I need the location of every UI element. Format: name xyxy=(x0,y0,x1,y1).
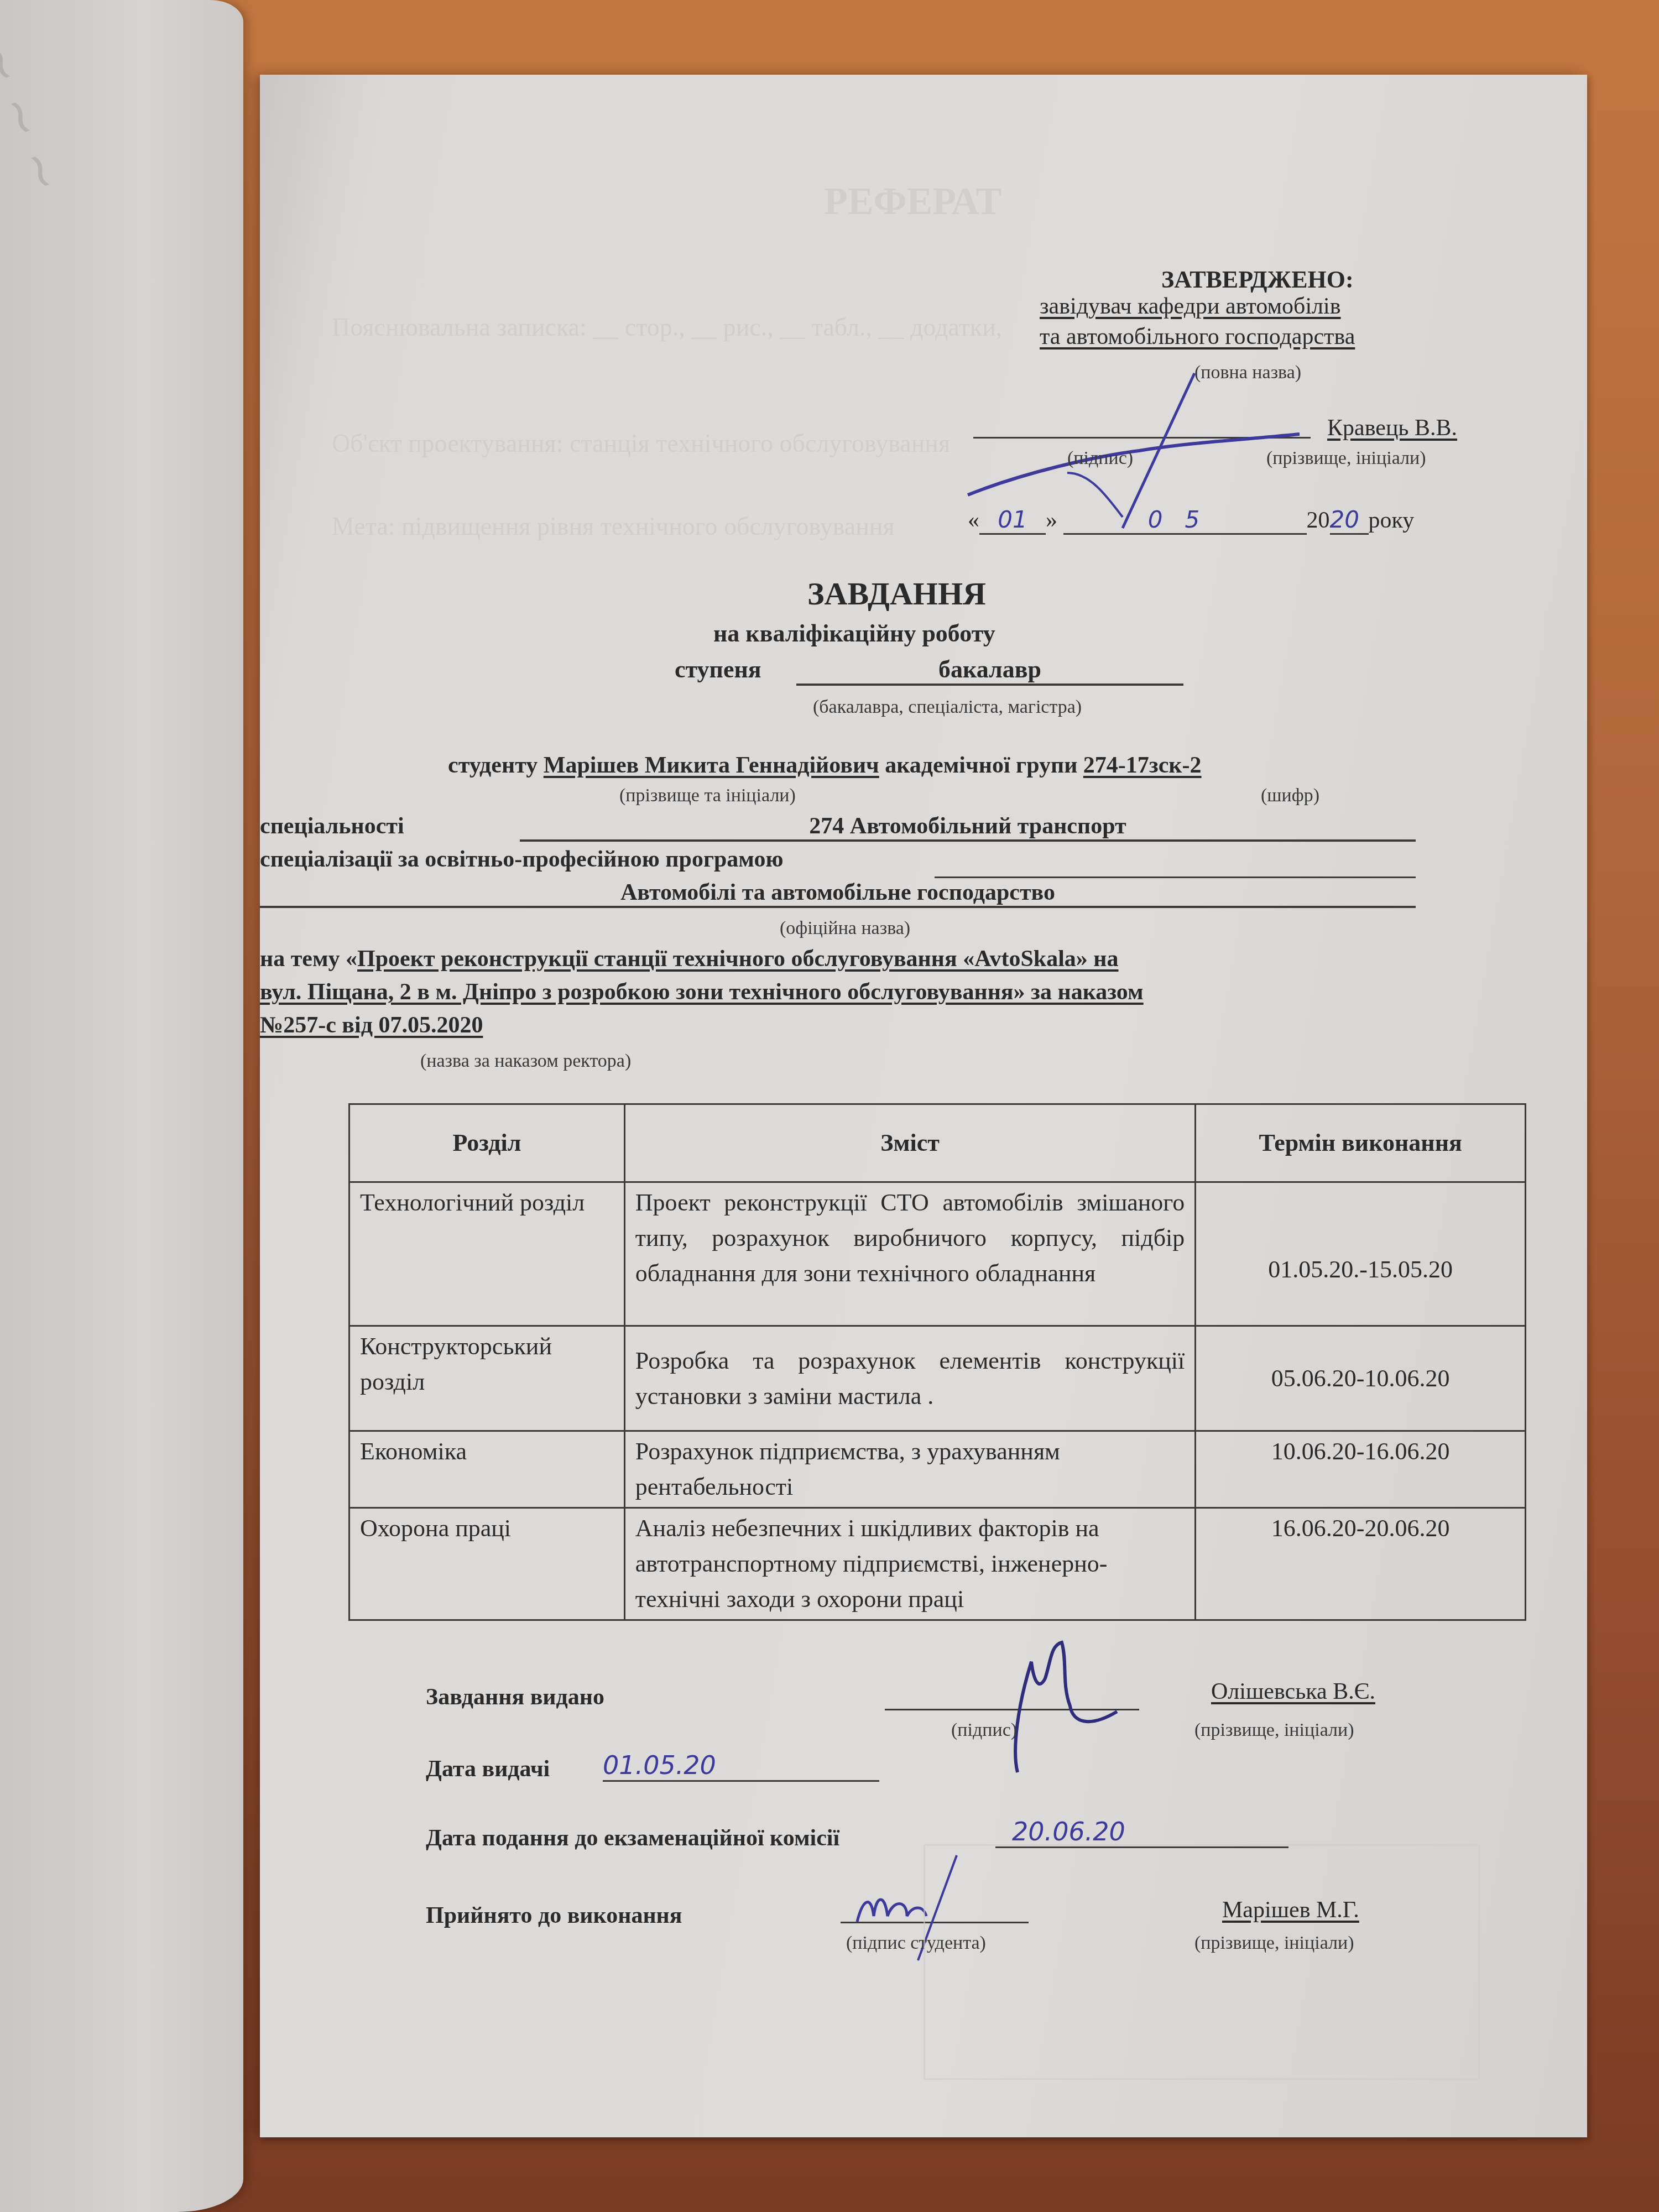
show-through-text: Пояснювальна записка: __ стор., __ рис.,… xyxy=(332,312,1002,342)
show-through-text: Мета: підвищення рівня технічного обслуг… xyxy=(332,512,895,541)
program-caption: (офіційна назва) xyxy=(780,918,910,939)
approval-date-year-suffix: 20 xyxy=(1330,506,1369,535)
approval-date-month: 05 xyxy=(1063,506,1307,535)
issued-signature-caption: (підпис) xyxy=(951,1720,1017,1741)
date-open-quote: « xyxy=(968,508,979,533)
show-through-stamp-frame xyxy=(924,1844,1480,2080)
program-value: Автомобілі та автомобільне господарство xyxy=(260,879,1416,908)
work-plan-table: Розділ Зміст Термін виконання Технологіч… xyxy=(348,1103,1526,1621)
document-subtitle: на кваліфікаційну роботу xyxy=(713,619,995,648)
issue-date-value: 01.05.20 xyxy=(603,1750,879,1782)
topic-line1: на тему «Проект реконструкції станції те… xyxy=(260,946,1119,972)
approval-date-year-word: року xyxy=(1369,508,1415,533)
document-page: РЕФЕРАТ Пояснювальна записка: __ стор., … xyxy=(260,75,1587,2137)
degree-caption: (бакалавра, спеціаліста, магістра) xyxy=(813,697,1082,718)
approval-date: «01» 052020року xyxy=(968,506,1414,535)
specialization-line xyxy=(935,877,1416,878)
student-name-caption: (прізвище та ініціали) xyxy=(619,785,796,806)
student-label: студенту xyxy=(448,753,538,778)
row-section: Конструкторський розділ xyxy=(349,1326,625,1431)
issued-label: Завдання видано xyxy=(426,1684,604,1710)
specialty-label: спеціальності xyxy=(260,813,404,839)
table-row: Конструкторський розділ Розробка та розр… xyxy=(349,1326,1526,1431)
issued-name-caption: (прізвище, ініціали) xyxy=(1194,1720,1354,1741)
table-row: Охорона праці Аналіз небезпечних і шкідл… xyxy=(349,1508,1526,1620)
student-line: студенту Марішев Микита Геннадійович ака… xyxy=(448,752,1202,779)
pencil-scribble: ~ ~ ~ xyxy=(0,33,79,288)
header-content: Зміст xyxy=(624,1104,1195,1182)
table-row: Економіка Розрахунок підприємства, з ура… xyxy=(349,1431,1526,1508)
approval-position-line2: та автомобільного господарства xyxy=(1040,324,1355,350)
approval-date-year-prefix: 20 xyxy=(1307,508,1330,533)
row-deadline: 05.06.20-10.06.20 xyxy=(1196,1326,1526,1431)
header-deadline: Термін виконання xyxy=(1196,1104,1526,1182)
specialization-label: спеціалізації за освітньо-професійною пр… xyxy=(260,846,783,873)
student-group-label: академічної групи xyxy=(885,753,1077,778)
topic-label: на тему « xyxy=(260,946,357,972)
approval-name: Кравець В.В. xyxy=(1327,415,1457,441)
approval-signature-caption: (підпис) xyxy=(1067,448,1133,469)
date-close-quote: » xyxy=(1046,508,1057,533)
row-deadline: 16.06.20-20.06.20 xyxy=(1196,1508,1526,1620)
topic-caption: (назва за наказом ректора) xyxy=(420,1051,631,1072)
row-content: Розрахунок підприємства, з урахуванням р… xyxy=(624,1431,1195,1508)
degree-value: бакалавр xyxy=(796,655,1183,686)
submission-date-value: 20.06.20 xyxy=(995,1817,1288,1848)
student-group-caption: (шифр) xyxy=(1261,785,1319,806)
table-row: Технологічний розділ Проект реконструкці… xyxy=(349,1182,1526,1326)
left-facing-page: ~ ~ ~ xyxy=(0,0,243,2212)
row-content: Проект реконструкції СТО автомобілів змі… xyxy=(624,1182,1195,1326)
row-deadline: 10.06.20-16.06.20 xyxy=(1196,1431,1526,1508)
header-section: Розділ xyxy=(349,1104,625,1182)
approval-heading: ЗАТВЕРДЖЕНО: xyxy=(1161,265,1354,294)
show-through-text: РЕФЕРАТ xyxy=(824,180,1001,224)
row-section: Економіка xyxy=(349,1431,625,1508)
issued-signature-icon xyxy=(979,1640,1156,1778)
student-group: 274-17зск-2 xyxy=(1083,753,1202,778)
student-name: Марішев Микита Геннадійович xyxy=(544,753,879,778)
accepted-label: Прийнято до виконання xyxy=(426,1902,682,1929)
row-deadline: 01.05.20.-15.05.20 xyxy=(1196,1182,1526,1326)
table-header-row: Розділ Зміст Термін виконання xyxy=(349,1104,1526,1182)
row-content: Аналіз небезпечних і шкідливих факторів … xyxy=(624,1508,1195,1620)
document-title: ЗАВДАННЯ xyxy=(807,575,986,612)
topic-text-line1: Проект реконструкції станції технічного … xyxy=(357,946,1118,972)
approval-date-day: 01 xyxy=(979,506,1046,535)
issue-date-label: Дата видачі xyxy=(426,1756,550,1782)
degree-label: ступеня xyxy=(675,655,761,684)
row-content: Розробка та розрахунок елементів констру… xyxy=(624,1326,1195,1431)
topic-text-line2: вул. Піщана, 2 в м. Дніпро з розробкою з… xyxy=(260,979,1144,1005)
row-section: Технологічний розділ xyxy=(349,1182,625,1326)
specialty-value: 274 Автомобільний транспорт xyxy=(520,813,1416,842)
show-through-text: Об'єкт проектування: станція технічного … xyxy=(332,429,950,458)
issued-name: Олішевська В.Є. xyxy=(1211,1678,1375,1705)
approval-name-caption: (прізвище, ініціали) xyxy=(1266,448,1426,469)
approval-position-line1: завідувач кафедри автомобілів xyxy=(1040,293,1341,320)
row-section: Охорона праці xyxy=(349,1508,625,1620)
topic-text-line3: №257-с від 07.05.2020 xyxy=(260,1012,483,1039)
submission-label: Дата подання до екзаменаційної комісії xyxy=(426,1825,839,1851)
